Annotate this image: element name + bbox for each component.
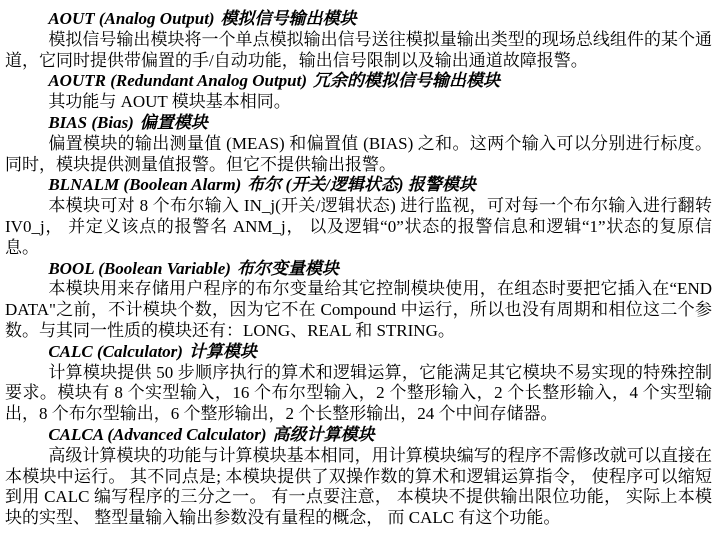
module-heading-blnalm: BLNALM (Boolean Alarm)布尔 (开关/逻辑状态) 报警模块 <box>5 175 712 196</box>
module-title-zh: 偏置模块 <box>140 113 208 132</box>
module-description-bias: 偏置模块的输出测量值 (MEAS) 和偏置值 (BIAS) 之和。这两个输入可以… <box>5 134 712 176</box>
module-heading-calca: CALCA (Advanced Calculator)高级计算模块 <box>5 425 712 446</box>
module-heading-bool: BOOL (Boolean Variable)布尔变量模块 <box>5 259 712 280</box>
module-heading-aout: AOUT (Analog Output)模拟信号输出模块 <box>5 9 712 30</box>
module-code-en: BOOL (Boolean Variable) <box>48 259 231 278</box>
module-heading-calc: CALC (Calculator)计算模块 <box>5 342 712 363</box>
module-title-zh: 计算模块 <box>189 342 257 361</box>
document-page: AOUT (Analog Output)模拟信号输出模块 模拟信号输出模块将一个… <box>0 0 720 540</box>
module-code-en: BIAS (Bias) <box>48 113 134 132</box>
module-code-en: CALCA (Advanced Calculator) <box>48 425 266 444</box>
module-description-aout: 模拟信号输出模块将一个单点模拟输出信号送往模拟量输出类型的现场总线组件的某个通道… <box>5 30 712 72</box>
module-code-en: CALC (Calculator) <box>48 342 183 361</box>
module-code-en: BLNALM (Boolean Alarm) <box>48 175 241 194</box>
module-description-calca: 高级计算模块的功能与计算模块基本相同，用计算模块编写的程序不需修改就可以直接在本… <box>5 446 712 529</box>
module-section-calca: CALCA (Advanced Calculator)高级计算模块 高级计算模块… <box>5 425 712 529</box>
module-section-calc: CALC (Calculator)计算模块 计算模块提供 50 步顺序执行的算术… <box>5 342 712 425</box>
module-code-en: AOUTR (Redundant Analog Output) <box>48 71 307 90</box>
module-heading-aoutr: AOUTR (Redundant Analog Output)冗余的模拟信号输出… <box>5 71 712 92</box>
module-title-zh: 布尔变量模块 <box>237 259 339 278</box>
module-section-aoutr: AOUTR (Redundant Analog Output)冗余的模拟信号输出… <box>5 71 712 113</box>
module-heading-bias: BIAS (Bias)偏置模块 <box>5 113 712 134</box>
module-code-en: AOUT (Analog Output) <box>48 9 214 28</box>
module-description-aoutr: 其功能与 AOUT 模块基本相同。 <box>5 92 712 113</box>
module-title-zh: 布尔 (开关/逻辑状态) 报警模块 <box>247 175 476 194</box>
module-section-blnalm: BLNALM (Boolean Alarm)布尔 (开关/逻辑状态) 报警模块 … <box>5 175 712 258</box>
module-section-bool: BOOL (Boolean Variable)布尔变量模块 本模块用来存储用户程… <box>5 259 712 342</box>
module-description-blnalm: 本模块可对 8 个布尔输入 IN_j(开关/逻辑状态) 进行监视，可对每一个布尔… <box>5 196 712 258</box>
module-description-calc: 计算模块提供 50 步顺序执行的算术和逻辑运算，它能满足其它模块不易实现的特殊控… <box>5 363 712 425</box>
module-section-aout: AOUT (Analog Output)模拟信号输出模块 模拟信号输出模块将一个… <box>5 9 712 71</box>
module-description-bool: 本模块用来存储用户程序的布尔变量给其它控制模块使用，在组态时要把它插入在“END… <box>5 279 712 341</box>
module-section-bias: BIAS (Bias)偏置模块 偏置模块的输出测量值 (MEAS) 和偏置值 (… <box>5 113 712 175</box>
module-title-zh: 模拟信号输出模块 <box>221 9 357 28</box>
module-title-zh: 高级计算模块 <box>272 425 374 444</box>
module-title-zh: 冗余的模拟信号输出模块 <box>313 71 500 90</box>
